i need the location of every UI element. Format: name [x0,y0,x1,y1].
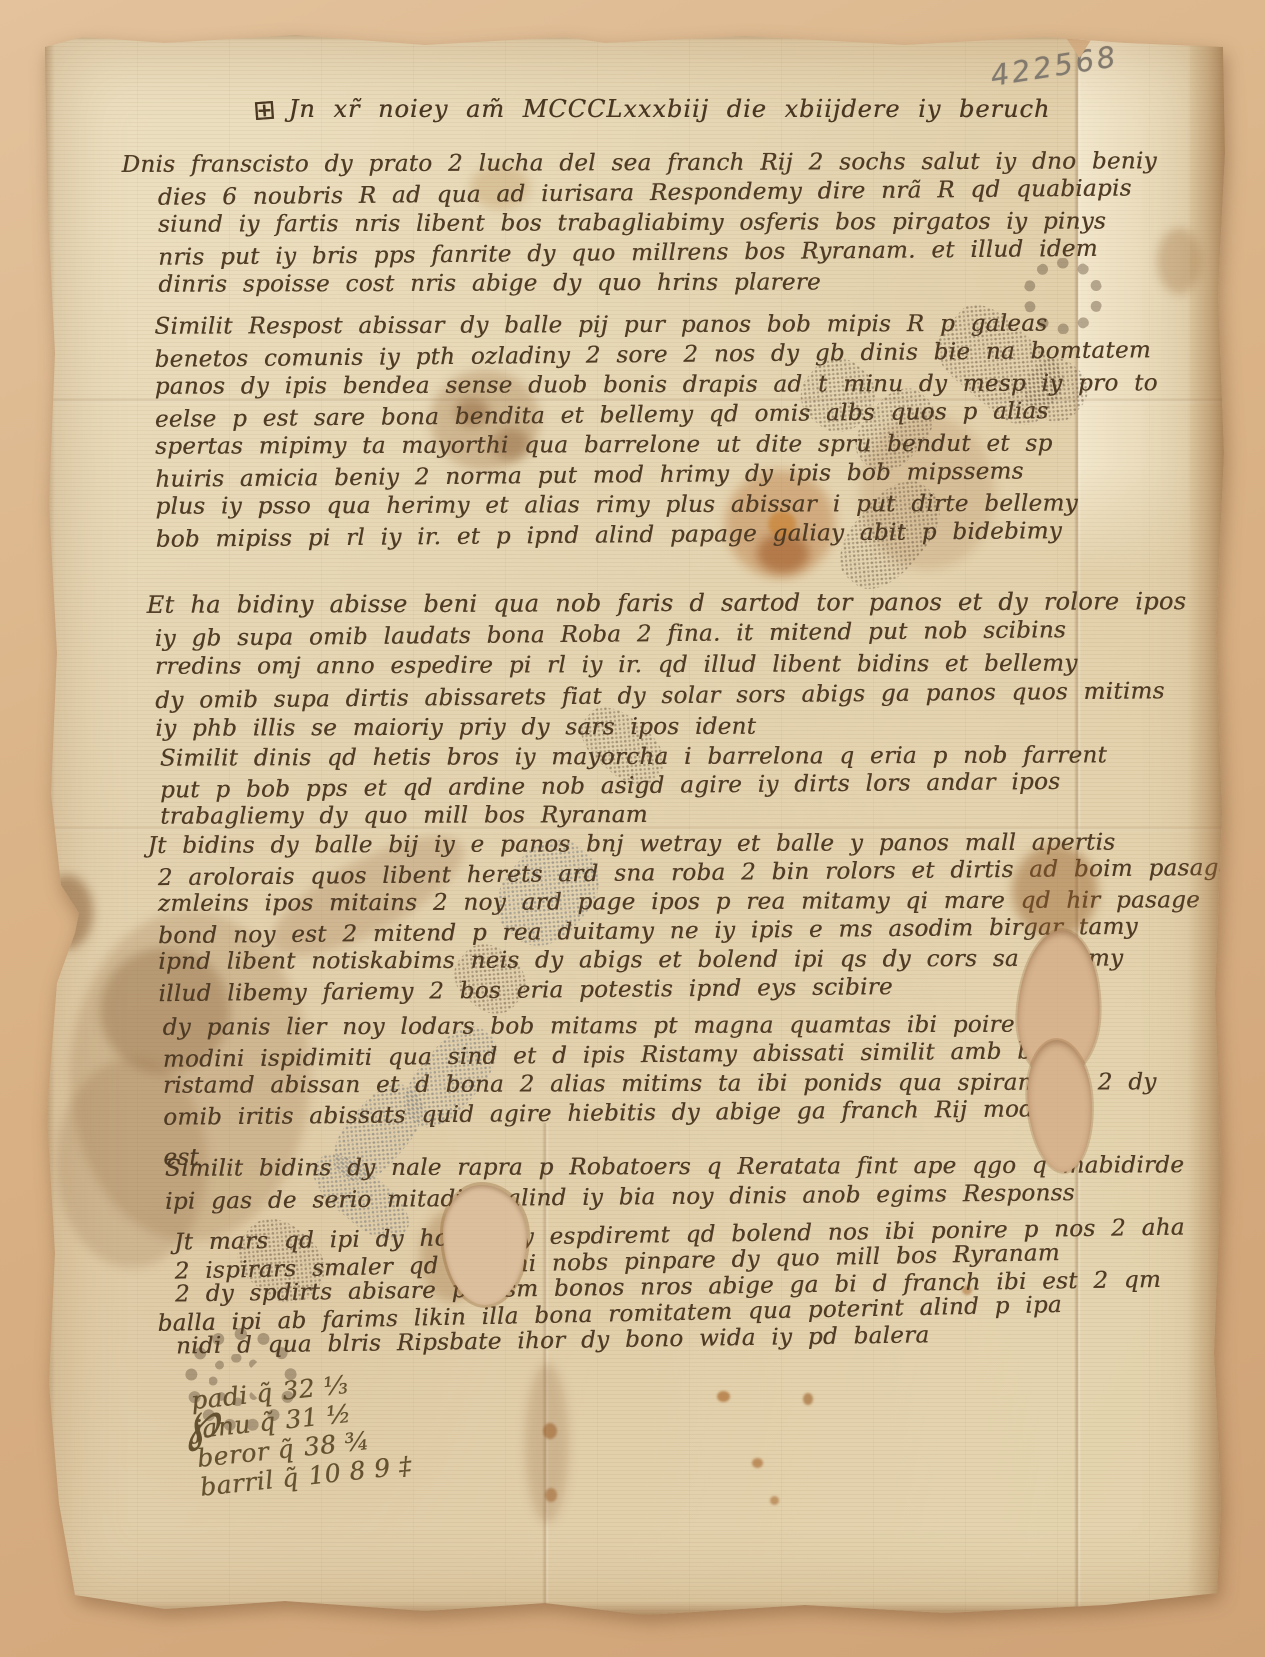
stain [41,875,93,949]
manuscript-page-wrap: 422568 ⊞Jn xr̃ noiey am̃ MCCCLxxxbiij di… [45,33,1225,1615]
rust-spot [770,1496,779,1505]
paragraph-8: Jt mars qd ipi dy hozladiny espdiremt qd… [174,1213,1187,1361]
rust-spot [752,1458,763,1468]
merchant-mark-icon: ⊞ [252,94,278,127]
tear-stain [1012,845,1098,937]
rust-spot [717,1391,730,1402]
header-dateline: ⊞Jn xr̃ noiey am̃ MCCCLxxxbiij die xbiij… [253,95,1050,126]
rust-spot [803,1393,813,1405]
photo-backdrop: 422568 ⊞Jn xr̃ noiey am̃ MCCCLxxxbiij di… [0,0,1265,1657]
figures-block: padi q̃32 ⅓ janu q̃31 ½ beror q̃38 ¾ bar… [190,1364,414,1502]
paragraph-7: Similit bidins dy nale rapra p Robatoers… [165,1149,1185,1215]
header-text: Jn xr̃ noiey am̃ MCCCLxxxbiij die xbiijd… [289,95,1051,123]
manuscript-page: 422568 ⊞Jn xr̃ noiey am̃ MCCCLxxxbiij di… [45,33,1225,1615]
paragraph-2: Similit Respost abissar dy balle pij pur… [154,307,1159,553]
paragraph-4: Similit dinis qd hetis bros iy mayorcha … [160,740,1108,833]
deckled-edge-bottom [45,1601,1225,1615]
paragraph-1: Dnis franscisto dy prato 2 lucha del sea… [158,145,1158,301]
deckled-edge-top [45,33,1225,41]
deckled-edge-right [1187,33,1225,1615]
manuscript-line: dinris spoisse cost nris abige dy quo hr… [158,266,1157,299]
rust-spot [543,1423,557,1439]
deckled-edge-left [45,33,55,1615]
manuscript-line: trabagliemy dy quo mill bos Ryranam [160,799,1107,831]
rust-spot [545,1488,557,1502]
paragraph-3: Et ha bidiny abisse beni qua nob faris d… [155,585,1188,746]
